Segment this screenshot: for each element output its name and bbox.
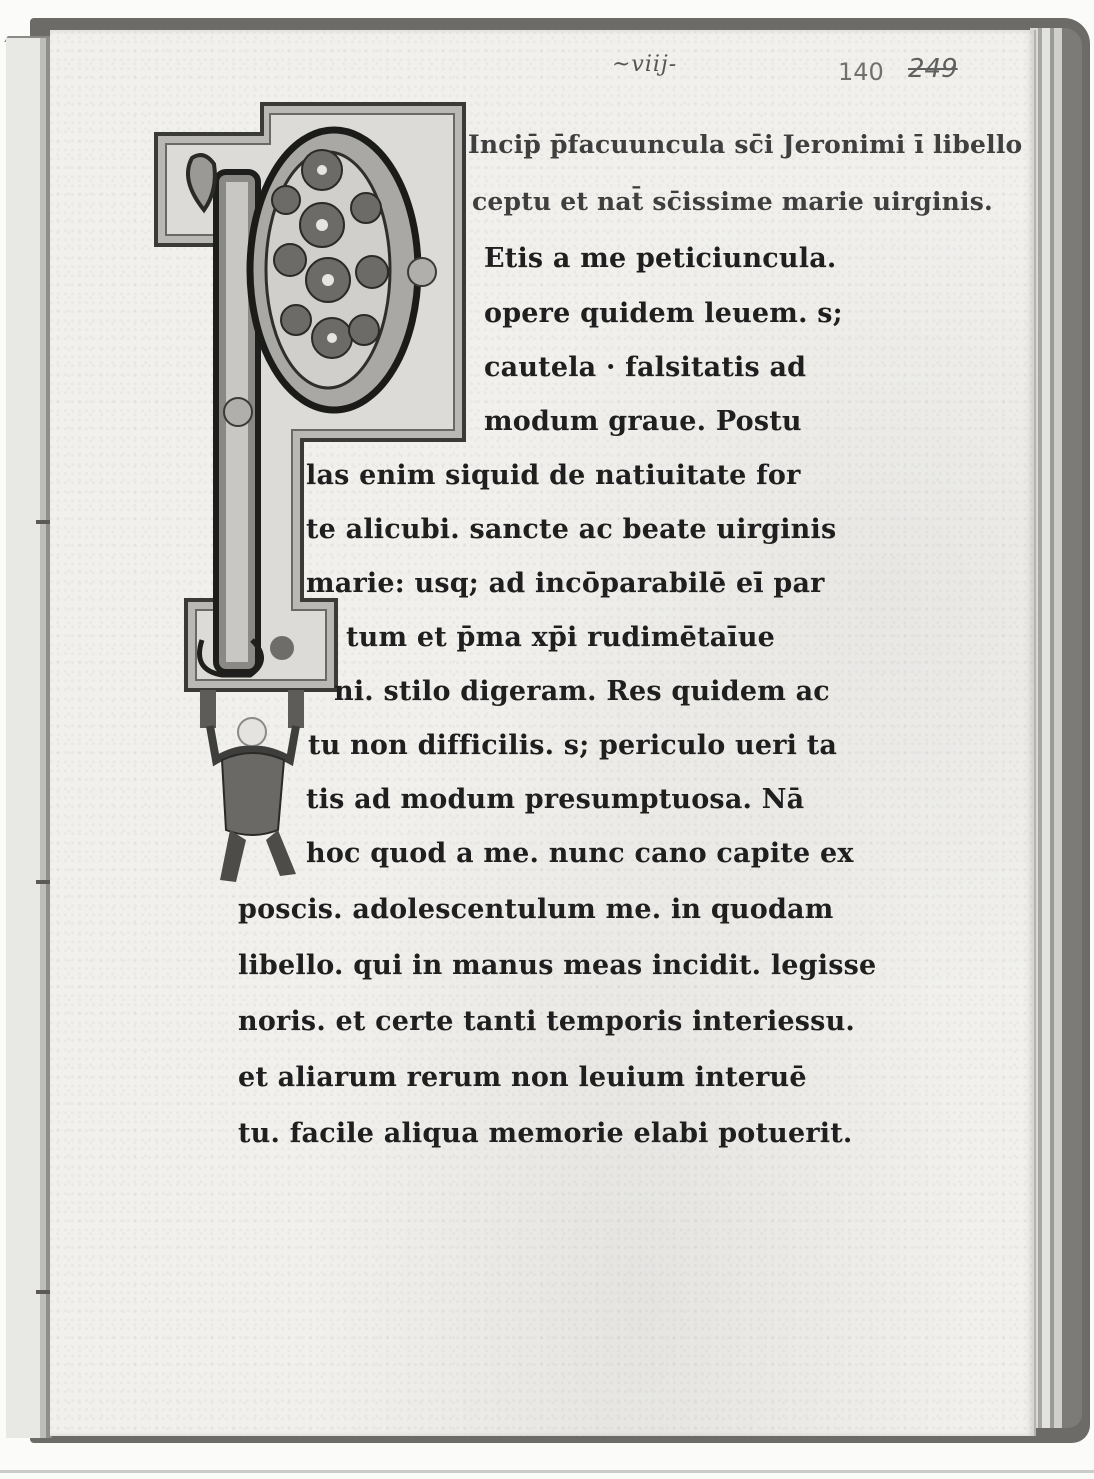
text-line: marie: usq; ad incōparabilē eī par [306, 568, 825, 599]
folio-struck-number: 249 [908, 54, 958, 84]
text-line: ni. stilo digeram. Res quidem ac [334, 676, 830, 707]
text-line: tu. facile aliqua memorie elabi potuerit… [238, 1118, 853, 1149]
photo-border [0, 1470, 1094, 1473]
manuscript-photograph: ~viij- 140 249 [0, 0, 1094, 1479]
text-line: tum et p̄ma xp̄i rudimētaīue [346, 622, 775, 653]
binding-stitch [36, 1290, 50, 1294]
text-line: noris. et certe tanti temporis interiess… [238, 1006, 855, 1037]
text-line: las enim siquid de natiuitate for [306, 460, 801, 491]
text-line: poscis. adolescentulum me. in quodam [238, 894, 834, 925]
text-line: cautela · falsitatis ad [484, 352, 806, 383]
text-line: opere quidem leuem. s; [484, 298, 843, 329]
gutter-leaf [6, 38, 52, 1438]
rubric-line-1: Incip̄ p̄facuuncula sc̄i Jeronimi ī libe… [468, 130, 1022, 159]
binding-stitch [36, 880, 50, 884]
text-line: hoc quod a me. nunc cano capite ex [306, 838, 854, 869]
page-edges [1030, 28, 1082, 1428]
binding-stitch [36, 520, 50, 524]
illuminated-initial-p-icon [152, 100, 470, 700]
folio-number: 140 [838, 58, 884, 86]
rubric-line-2: ceptu et nat̄ sc̄issime marie uirginis. [472, 187, 993, 216]
text-line: modum graue. Postu [484, 406, 802, 437]
text-line: tu non difficilis. s; periculo ueri ta [308, 730, 837, 761]
text-line: libello. qui in manus meas incidit. legi… [238, 950, 876, 981]
atlas-figure-icon [196, 690, 306, 890]
folio-roman-numeral: ~viij- [612, 52, 677, 77]
text-line: tis ad modum presumptuosa. Nā [306, 784, 804, 815]
text-line: Etis a me peticiuncula. [484, 243, 837, 274]
text-line: te alicubi. sancte ac beate uirginis [306, 514, 836, 545]
text-line: et aliarum rerum non leuium interuē [238, 1062, 807, 1093]
